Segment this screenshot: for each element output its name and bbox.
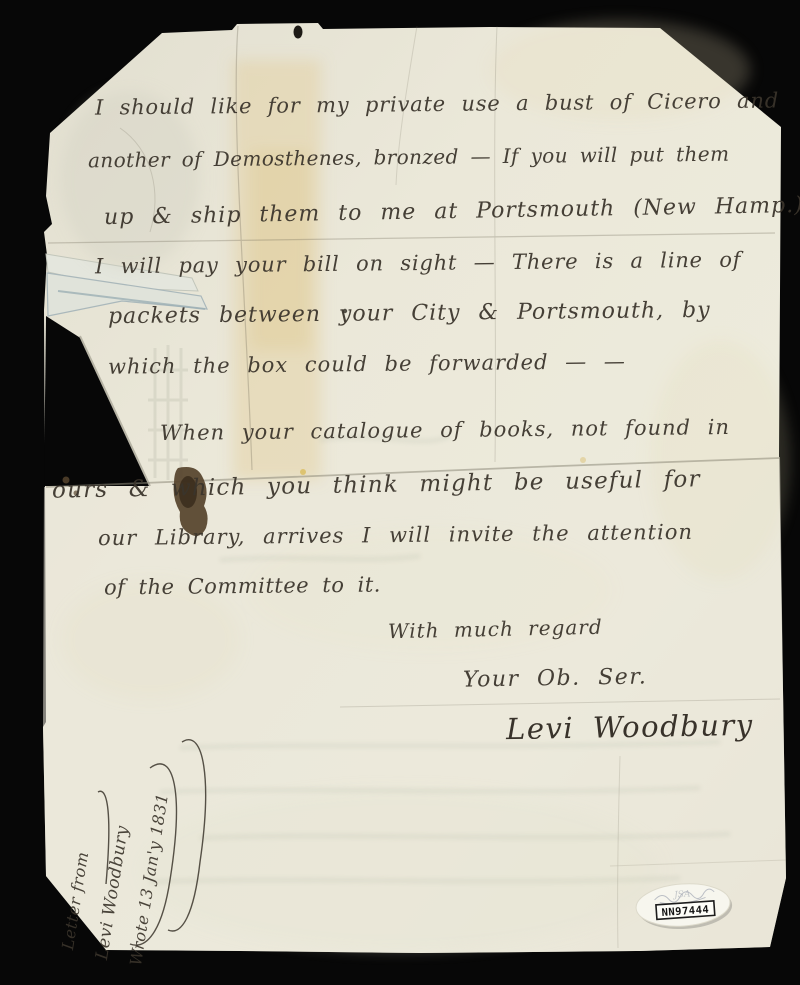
letter-line: which the box could be forwarded — — [108, 351, 626, 377]
ink-blot [294, 26, 303, 39]
letter-line: another of Demosthenes, bronzed — If you… [88, 144, 730, 171]
signature: Levi Woodbury [506, 708, 754, 746]
letter-line: of the Committee to it. [104, 575, 381, 599]
closing-line: Your Ob. Ser. [463, 664, 648, 692]
closing-line: With much regard [388, 615, 603, 643]
photo-stage: JSA NN97444 I should like for my private… [0, 0, 800, 985]
jsa-logo-text: JSA [672, 889, 691, 900]
